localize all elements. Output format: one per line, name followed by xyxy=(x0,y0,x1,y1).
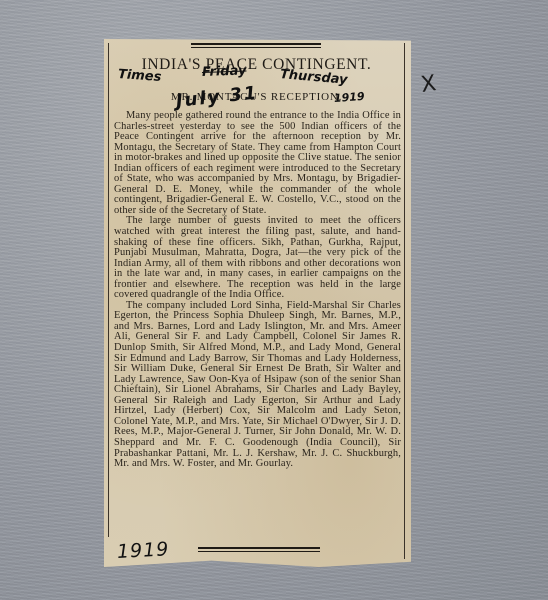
paragraph: The company included Lord Sinha, Field-M… xyxy=(114,301,401,470)
margin-x-mark: X xyxy=(419,71,437,98)
article-body: Many people gathered round the entrance … xyxy=(114,111,401,470)
column-rule-right xyxy=(404,43,405,559)
column-rule-left xyxy=(108,43,109,537)
bottom-rule xyxy=(198,547,320,549)
handwritten-date: July 31 xyxy=(175,82,259,112)
handwritten-publication: Times xyxy=(117,67,161,85)
top-rule-thin xyxy=(191,47,321,48)
top-rule xyxy=(191,43,321,45)
handwritten-struck-word: Friday xyxy=(202,63,247,80)
paragraph: Many people gathered round the entrance … xyxy=(114,111,401,216)
newspaper-clipping: INDIA'S PEACE CONTINGENT. MR. MONTAGU'S … xyxy=(104,39,411,567)
handwritten-year-bottom: 1919 xyxy=(116,538,169,563)
handwritten-year-top: 1919 xyxy=(334,90,365,105)
bottom-rule-thin xyxy=(198,551,320,552)
paragraph: The large number of guests invited to me… xyxy=(114,216,401,300)
